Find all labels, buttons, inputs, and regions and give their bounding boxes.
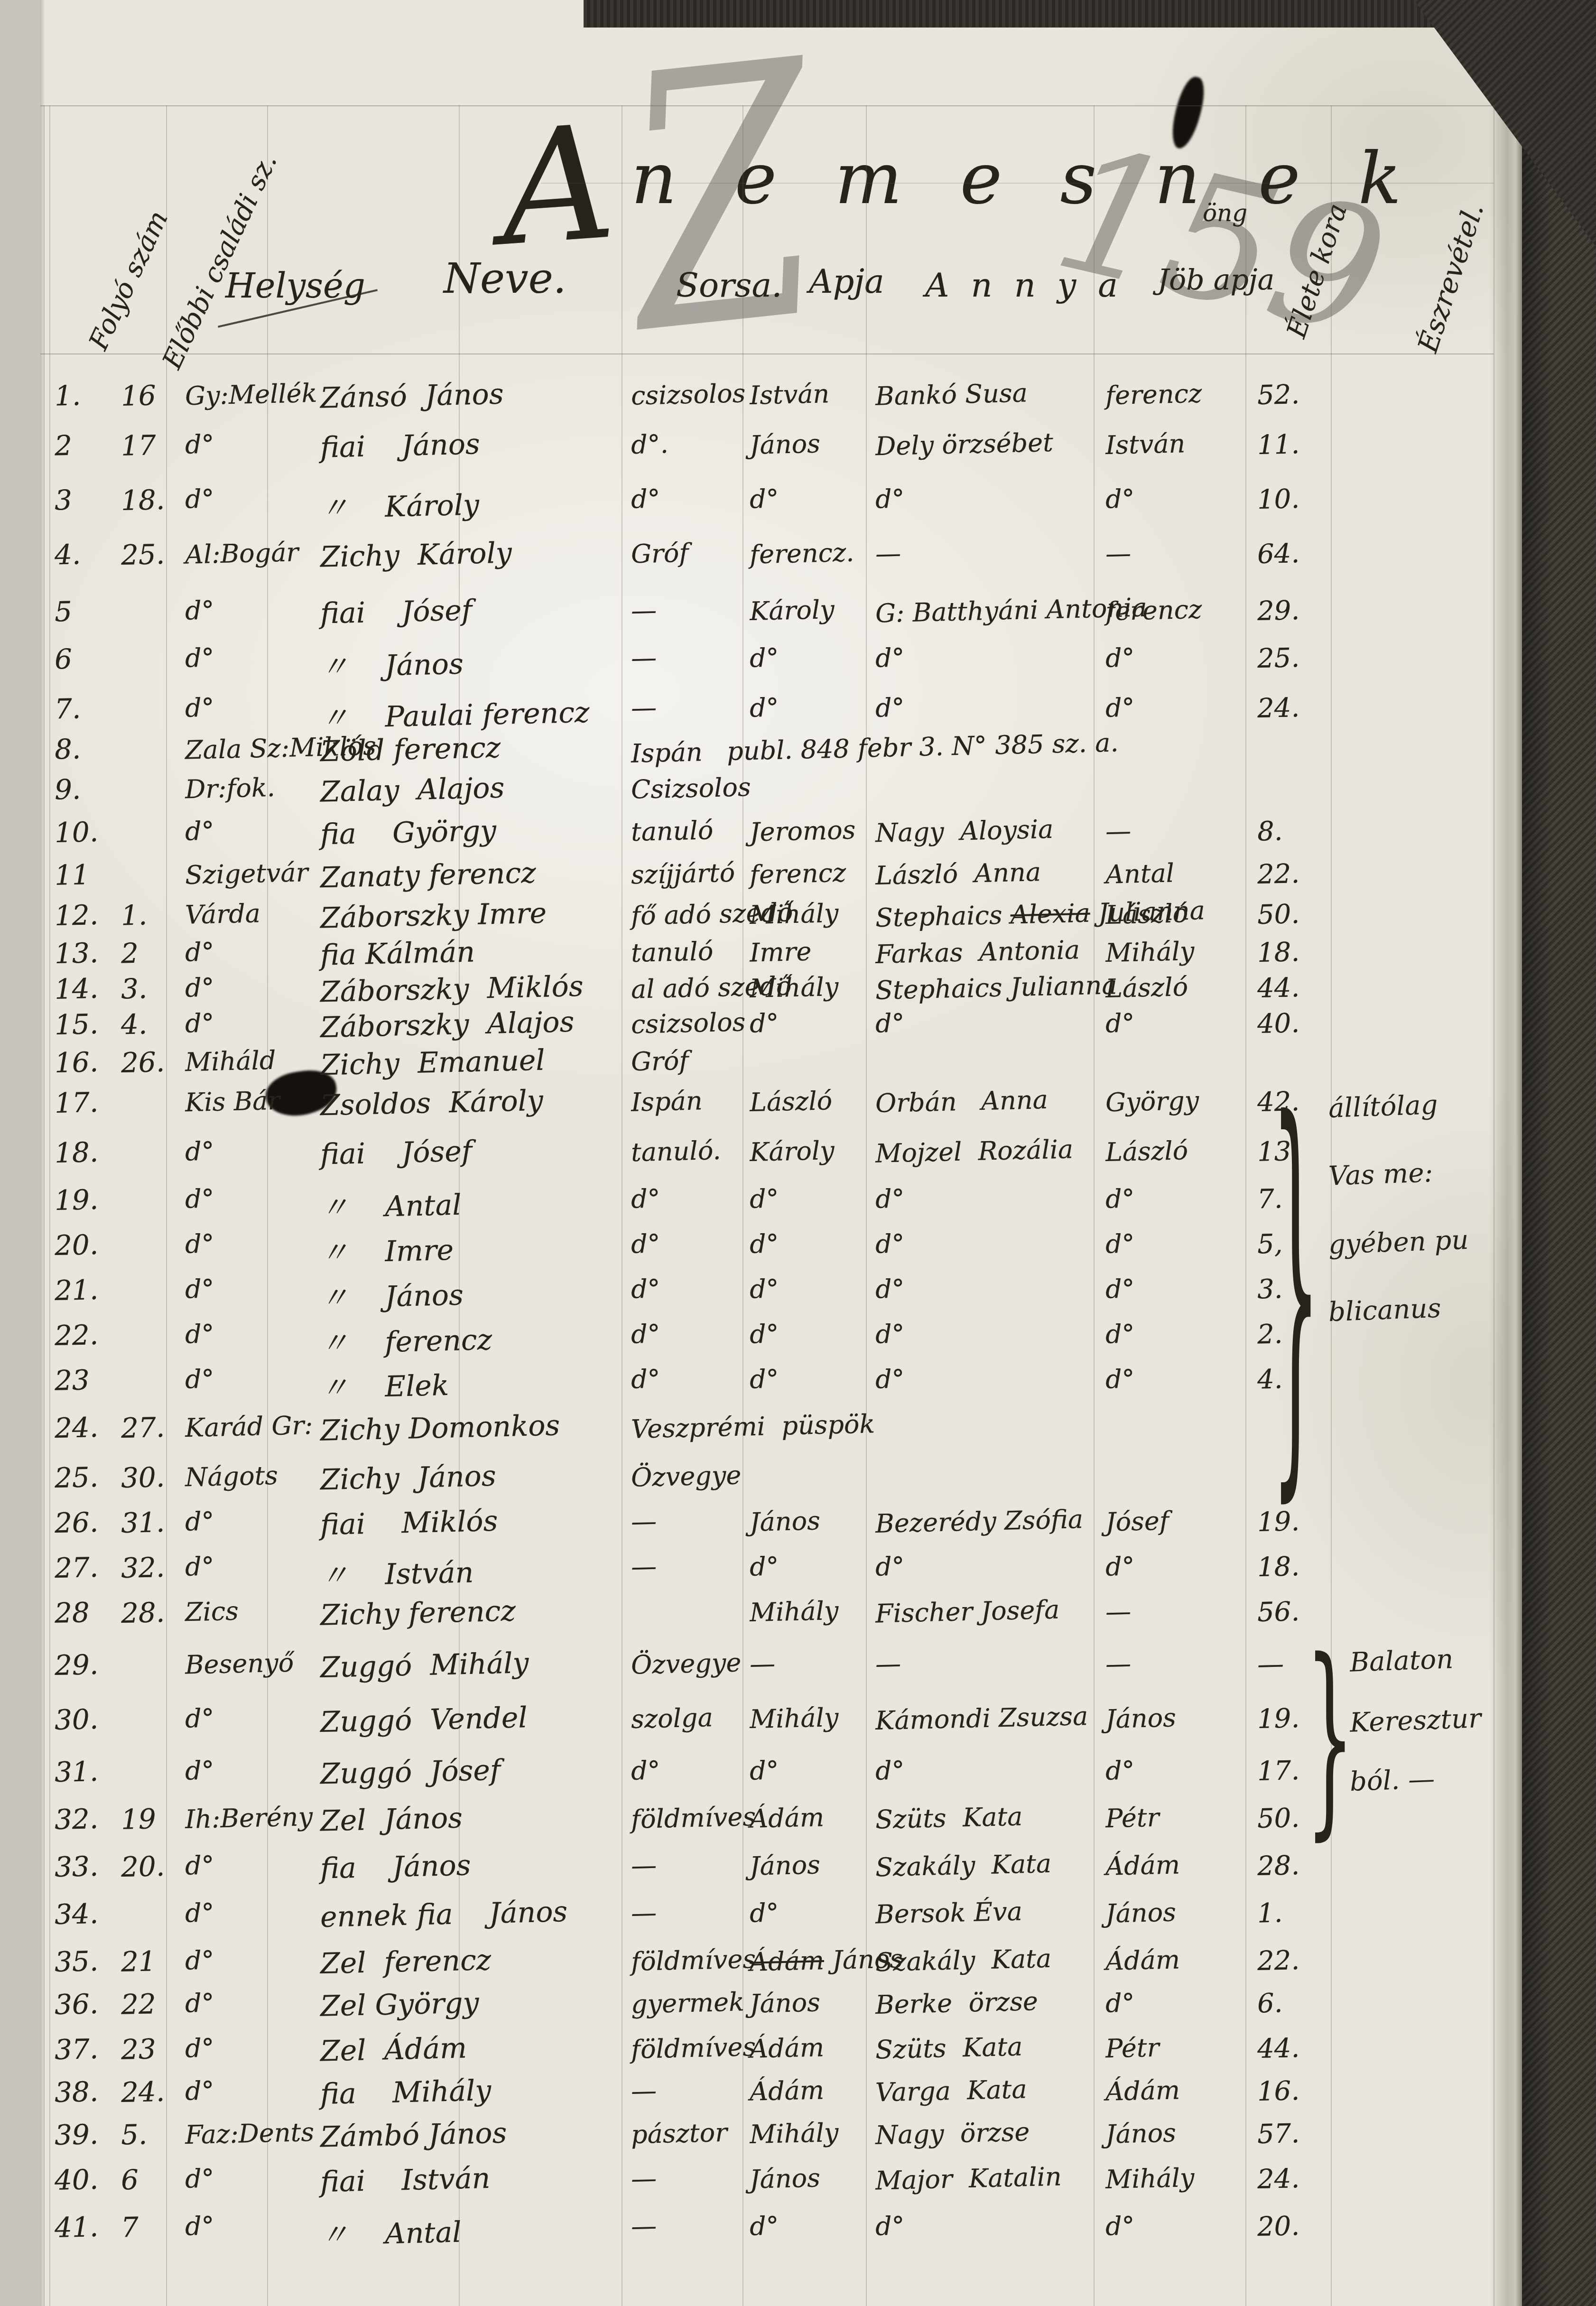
cell-oreg: Ádám [1105, 1944, 1180, 1976]
cell-no: 7. [54, 692, 81, 725]
cell-kora: 50. [1257, 1803, 1300, 1834]
cell-neve: 〃 ferencz [320, 1317, 492, 1362]
cell-no: 21. [54, 1274, 99, 1307]
rule-vertical [622, 105, 622, 2306]
cell-annya: d° [875, 1319, 905, 1349]
cell-neve: Záborszky Miklós [320, 970, 584, 1009]
cell-oreg: Mihály [1105, 2163, 1195, 2194]
cell-annya: Mojzel Rozália [875, 1134, 1073, 1168]
cell-helyseg: d° [185, 692, 214, 723]
cell-neve: 〃 István [320, 1550, 474, 1594]
cell-annya: Varga Kata [875, 2074, 1027, 2107]
cell-kora: — [1257, 1648, 1284, 1680]
rule-vertical [267, 105, 268, 2306]
cell-oreg: Pétr [1105, 1803, 1160, 1834]
cell-apja: Mihály [749, 2118, 839, 2149]
cell-apja: ferencz. [749, 538, 854, 570]
cell-no: 14. [54, 972, 99, 1005]
cell-helyseg: d° [185, 1274, 214, 1304]
cell-apja: Károly [749, 1135, 835, 1167]
book-binding-right [1522, 0, 1596, 2306]
cell-oreg: János [1105, 1702, 1176, 1734]
column-header-apja: Apja [809, 262, 884, 301]
cell-apja: Ádám [749, 2032, 824, 2064]
cell-sorsa: Gróf [631, 1046, 689, 1077]
cell-helyseg: Kis Bár [185, 1086, 280, 1118]
column-header-oreg-apja-top: öng [1203, 199, 1247, 227]
cell-annya: d° [875, 692, 905, 723]
cell-apja: Károly [749, 595, 835, 626]
cell-oreg: Jósef [1105, 1506, 1169, 1537]
scanned-register-page: { "document": { "archive_letter": "Z", "… [0, 0, 1596, 2306]
cell-sorsa: — [631, 2075, 657, 2106]
column-header-helyseg: Helység [225, 266, 365, 306]
cell-apja: Jeromos [749, 815, 856, 847]
cell-kora: 25. [1257, 642, 1300, 674]
cell-sorsa: — [631, 692, 657, 723]
cell-helyseg: Karád Gr: [185, 1410, 313, 1443]
remark-line: gyében pu [1328, 1225, 1469, 1260]
cell-annya: Major Katalin [875, 2162, 1062, 2196]
cell-kora: 17. [1257, 1755, 1300, 1787]
cell-prev: 6 [121, 2164, 139, 2196]
cell-helyseg: d° [185, 1364, 214, 1394]
cell-apja: d° [749, 1319, 779, 1349]
cell-annya: László Anna [875, 857, 1041, 891]
cell-neve: 〃 Elek [320, 1363, 449, 1406]
cell-annya: Szüts Kata [875, 2031, 1023, 2064]
cell-prev: 2 [121, 937, 139, 970]
cell-no: 11 [54, 858, 90, 892]
cell-oreg: — [1105, 538, 1131, 568]
cell-oreg: Mihály [1105, 936, 1195, 968]
cell-prev: 23 [121, 2033, 156, 2066]
cell-neve: Zichy János [320, 1460, 496, 1497]
cell-oreg: László [1105, 898, 1188, 930]
cell-no: 1. [54, 379, 81, 412]
cell-apja: d° [749, 484, 779, 514]
cell-sorsa: — [631, 642, 657, 673]
cell-apja: Mihály [749, 1596, 839, 1627]
cell-prev: 3. [121, 972, 148, 1005]
cell-helyseg: d° [185, 1755, 214, 1785]
cell-prev: 31. [121, 1506, 165, 1539]
cell-annya: Bersok Éva [875, 1896, 1022, 1929]
rule-horizontal [40, 353, 1494, 354]
cell-oreg: János [1105, 1897, 1176, 1928]
cell-kora: 57. [1257, 2118, 1300, 2150]
cell-sorsa: Veszprémi püspök [631, 1409, 875, 1444]
cell-no: 24. [54, 1411, 99, 1444]
cell-sorsa: Özvegye [631, 1460, 742, 1492]
cell-prev: 21 [121, 1945, 156, 1978]
cell-neve: fiai Jósef [320, 594, 472, 630]
cell-no: 15. [54, 1008, 99, 1041]
cell-neve: fiai Miklós [320, 1505, 498, 1542]
remark-brace: } [1271, 1075, 1320, 1505]
cell-helyseg: d° [185, 2033, 214, 2063]
cell-oreg: d° [1105, 1183, 1135, 1214]
cell-prev: 16 [121, 379, 156, 412]
cell-sorsa: földmíves [631, 2032, 756, 2064]
cell-no: 29. [54, 1648, 99, 1682]
cell-neve: 〃 János [320, 642, 464, 686]
cell-apja: d° [749, 1228, 779, 1259]
cell-neve: Zalay Alajos [320, 772, 505, 809]
cell-apja: Mihály [749, 898, 839, 930]
cell-prev: 5. [121, 2118, 148, 2151]
cell-sorsa: d° [631, 1228, 660, 1259]
cell-helyseg: d° [185, 1988, 214, 2018]
cell-oreg: György [1105, 1086, 1199, 1117]
cell-neve: 〃 Antal [320, 2210, 462, 2254]
cell-kora: 1. [1257, 1897, 1283, 1929]
cell-sorsa: csizsolos [631, 378, 746, 410]
cell-oreg: ferencz [1105, 595, 1202, 627]
rule-vertical [44, 105, 45, 2306]
remark-line: Balaton [1349, 1644, 1454, 1678]
cell-sorsa: d° [631, 1755, 660, 1785]
cell-sorsa: Gróf [631, 538, 689, 569]
cell-neve: Zel György [320, 1986, 479, 2023]
cell-neve: 〃 János [320, 1273, 464, 1317]
cell-kora: 29. [1257, 595, 1300, 627]
cell-neve: fiai János [320, 428, 480, 465]
cell-sorsa: tanuló [631, 936, 714, 968]
cell-no: 22. [54, 1319, 99, 1352]
cell-neve: Zuggó Mihály [320, 1646, 529, 1684]
cell-helyseg: Ih:Berény [185, 1802, 313, 1834]
cell-neve: Zámbó János [320, 2117, 507, 2154]
cell-apja: d° [749, 692, 779, 723]
cell-neve: fia János [320, 1849, 471, 1885]
cell-prev: 32. [121, 1551, 165, 1584]
cell-apja: Imre [749, 937, 812, 968]
cell-sorsa: — [631, 2163, 657, 2194]
cell-helyseg: d° [185, 816, 214, 846]
cell-no: 6 [54, 643, 72, 676]
cell-neve: Zichy ferencz [320, 1594, 516, 1632]
cell-annya: Dely örzsébet [875, 428, 1053, 461]
cell-annya: — [875, 1648, 901, 1679]
cell-no: 38. [54, 2075, 99, 2109]
cell-annya: d° [875, 484, 905, 514]
rule-horizontal [40, 105, 1494, 106]
cell-no: 30. [54, 1703, 99, 1736]
cell-neve: Zsoldos Károly [320, 1084, 543, 1123]
cell-sorsa: pásztor [631, 2118, 727, 2150]
cell-oreg: d° [1105, 1274, 1135, 1304]
cell-no: 2 [54, 429, 72, 462]
cell-annya: Nagy örzse [875, 2117, 1030, 2150]
cell-oreg: Ádám [1105, 2075, 1180, 2107]
cell-helyseg: d° [185, 642, 214, 673]
cell-kora: 22. [1257, 1945, 1300, 1977]
cell-no: 31. [54, 1755, 99, 1788]
cell-neve: Zel ferencz [320, 1943, 492, 1981]
cell-helyseg: d° [185, 972, 214, 1003]
cell-oreg: — [1105, 1648, 1131, 1679]
cell-helyseg: Al:Bogár [185, 537, 299, 569]
cell-helyseg: d° [185, 1183, 214, 1214]
cell-annya: d° [875, 2211, 905, 2241]
cell-oreg: d° [1105, 692, 1135, 723]
cell-no: 39. [54, 2118, 99, 2151]
cell-oreg: — [1105, 816, 1131, 846]
cell-neve: Zuggó Jósef [320, 1754, 501, 1791]
cell-apja: János [749, 428, 820, 460]
cell-kora: 16. [1257, 2075, 1300, 2107]
cell-sorsa: földmíves [631, 1944, 756, 1977]
cell-kora: 24. [1257, 692, 1300, 724]
cell-oreg: László [1105, 972, 1188, 1004]
cell-neve: fiai Jósef [320, 1134, 472, 1171]
cell-no: 3 [54, 484, 72, 517]
cell-apja: Ádám [749, 1802, 824, 1834]
cell-prev: 26. [121, 1046, 165, 1079]
cell-apja: Mihály [749, 972, 839, 1004]
cell-no: 32. [54, 1803, 99, 1836]
cell-annya: — [875, 538, 901, 568]
cell-neve: fiai István [320, 2162, 491, 2199]
cell-helyseg: d° [185, 1850, 214, 1880]
cell-oreg: d° [1105, 2211, 1135, 2241]
cell-no: 18. [54, 1136, 99, 1169]
cell-oreg: d° [1105, 1551, 1135, 1581]
cell-helyseg: d° [185, 2075, 214, 2106]
cell-no: 9. [54, 773, 81, 806]
cell-helyseg: d° [185, 1228, 214, 1259]
cell-neve: 〃 Imre [320, 1227, 454, 1271]
cell-no: 26. [54, 1506, 99, 1539]
cell-sorsa: d° [631, 1183, 660, 1214]
rule-vertical [166, 105, 167, 2306]
cell-annya: Szakály Kata [875, 1849, 1051, 1882]
cell-helyseg: d° [185, 1319, 214, 1349]
cell-annya: d° [875, 1228, 905, 1259]
cell-prev: 17 [121, 429, 156, 462]
cell-apja: János [749, 1506, 820, 1537]
cell-helyseg: Zics [185, 1596, 239, 1627]
cell-oreg: d° [1105, 1988, 1135, 2018]
cell-no: 28 [54, 1596, 90, 1629]
cell-annya: Stephaics Julianna [875, 970, 1117, 1005]
cell-apja: Ádám [749, 2075, 824, 2107]
cell-kora: 50. [1257, 899, 1300, 930]
cell-prev: 27. [121, 1411, 165, 1444]
cell-kora: 11. [1257, 429, 1300, 461]
cell-helyseg: d° [185, 1945, 214, 1975]
cell-sorsa: gyermek [631, 1987, 744, 2019]
cell-prev: 25. [121, 538, 165, 571]
cell-kora: 44. [1257, 972, 1300, 1004]
cell-oreg: ferencz [1105, 379, 1202, 411]
remark-line: Vas me: [1328, 1157, 1433, 1192]
cell-annya: Fischer Josefa [875, 1595, 1060, 1629]
cell-sorsa: Csizsolos [631, 772, 751, 805]
cell-helyseg: Besenyő [185, 1647, 294, 1680]
cell-kora: 64. [1257, 538, 1300, 570]
cell-helyseg: d° [185, 429, 214, 459]
cell-annya: Orbán Anna [875, 1085, 1048, 1118]
cell-helyseg: d° [185, 1703, 214, 1733]
remark-line: Keresztur [1349, 1703, 1482, 1739]
cell-oreg: László [1105, 1135, 1188, 1167]
cell-apja: d° [749, 1364, 779, 1394]
cell-sorsa: szíjjártó [631, 858, 735, 890]
cell-sorsa: — [631, 1506, 657, 1536]
cell-no: 40. [54, 2163, 99, 2196]
cell-apja: István [749, 379, 830, 410]
cell-neve: Záborszky Alajos [320, 1005, 575, 1044]
rule-vertical [49, 105, 50, 2306]
cell-no: 10. [54, 816, 99, 849]
column-header-neve: Neve. [444, 254, 566, 303]
cell-no: 37. [54, 2033, 99, 2066]
rule-vertical [1245, 105, 1246, 2306]
cell-annya: Szüts Kata [875, 1801, 1023, 1834]
cell-helyseg: d° [185, 937, 214, 967]
cell-apja: d° [749, 1274, 779, 1304]
cell-helyseg: Dr:fok. [185, 772, 275, 804]
cell-no: 16. [54, 1046, 99, 1079]
cell-helyseg: d° [185, 1551, 214, 1581]
cell-oreg: — [1105, 1596, 1131, 1627]
cell-no: 20. [54, 1228, 99, 1262]
cell-sorsa: — [631, 2211, 657, 2241]
cell-apja: d° [749, 1183, 779, 1214]
cell-helyseg: Nágots [185, 1460, 278, 1492]
cell-annya: Bezerédy Zsófia [875, 1504, 1083, 1539]
cell-annya: Kámondi Zsuzsa [875, 1701, 1088, 1736]
cell-prev: 18. [121, 484, 165, 517]
cell-kora: 18. [1257, 937, 1300, 968]
remark-brace: } [1306, 1635, 1354, 1843]
cell-neve: fia Mihály [320, 2074, 492, 2111]
cell-annya: Nagy Aloysia [875, 814, 1054, 848]
cell-helyseg: d° [185, 2211, 214, 2241]
cell-annya: Farkas Antonia [875, 935, 1080, 969]
cell-no: 36. [54, 1988, 99, 2021]
cell-helyseg: Gy:Mellék [185, 378, 317, 411]
cell-helyseg: d° [185, 2163, 214, 2194]
cell-kora: 28. [1257, 1850, 1300, 1882]
cell-annya: d° [875, 1364, 905, 1394]
remark-line: blicanus [1328, 1293, 1441, 1328]
rule-vertical [742, 105, 743, 2306]
cell-neve: Záborszky Imre [320, 897, 547, 935]
column-header-annya: Annya [925, 266, 1140, 305]
cell-neve: ennek fia János [320, 1895, 568, 1934]
cell-neve: 〃 Károly [320, 482, 480, 527]
cell-no: 17. [54, 1086, 99, 1119]
cell-no: 5 [54, 595, 72, 628]
cell-kora: 22. [1257, 858, 1300, 890]
cell-oreg: d° [1105, 1755, 1135, 1785]
cell-annya: d° [875, 1183, 905, 1214]
cell-oreg: d° [1105, 1008, 1135, 1038]
cell-oreg: János [1105, 2118, 1176, 2149]
cell-annya: d° [875, 1274, 905, 1304]
cell-helyseg: Szigetvár [185, 857, 308, 890]
cell-neve: Zichy Domonkos [320, 1409, 560, 1447]
cell-apja: d° [749, 1755, 779, 1785]
cell-prev: 24. [121, 2075, 165, 2109]
cell-oreg: István [1105, 428, 1186, 460]
cell-prev: 22 [121, 1988, 156, 2021]
cell-apja: János [749, 1987, 820, 2018]
cell-sorsa: — [631, 1850, 657, 1880]
cell-sorsa: d° [631, 1319, 660, 1349]
cell-annya: Berke örzse [875, 1986, 1038, 2020]
cell-helyseg: d° [185, 484, 214, 514]
cell-sorsa: tanuló [631, 815, 714, 847]
cell-annya: d° [875, 642, 905, 673]
cell-no: 25. [54, 1461, 99, 1494]
cell-prev: 30. [121, 1461, 165, 1494]
cell-sorsa: csizsolos [631, 1007, 746, 1039]
cell-sorsa: d° [631, 484, 660, 514]
cell-apja: d° [749, 2211, 779, 2241]
column-header-oreg-apja: Jöb apja [1158, 263, 1274, 297]
cell-apja: d° [749, 1897, 779, 1928]
cell-kora: 18. [1257, 1551, 1300, 1583]
cell-oreg: d° [1105, 1364, 1135, 1394]
cell-sorsa: — [631, 1551, 657, 1581]
cell-neve: Zanaty ferencz [320, 856, 536, 894]
cell-no: 13. [54, 937, 99, 970]
cell-prev: 20. [121, 1850, 165, 1883]
page-title-initial: A [494, 91, 620, 281]
cell-kora: 44. [1257, 2033, 1300, 2064]
cell-oreg: d° [1105, 642, 1135, 673]
cell-neve: Zánsó János [320, 378, 504, 415]
cell-no: 35. [54, 1945, 99, 1978]
cell-kora: 8. [1257, 816, 1283, 847]
rule-horizontal [541, 183, 1494, 184]
cell-kora: 10. [1257, 484, 1300, 515]
cell-annya: d° [875, 1755, 905, 1785]
cell-neve: 〃 Paulai ferencz [320, 690, 590, 737]
cell-annya: Bankó Susa [875, 378, 1028, 411]
remark-line: állítólag [1328, 1089, 1438, 1124]
cell-sorsa: d° [631, 1364, 660, 1394]
cell-no: 34. [54, 1897, 99, 1931]
cell-prev: 7 [121, 2211, 139, 2244]
cell-oreg: Antal [1105, 858, 1174, 889]
cell-helyseg: d° [185, 1897, 214, 1928]
cell-helyseg: d° [185, 595, 214, 625]
cell-annya: Szakály Kata [875, 1943, 1051, 1977]
cell-no: 8. [54, 733, 81, 765]
cell-sorsa: — [631, 595, 657, 625]
cell-helyseg: d° [185, 1136, 214, 1166]
remark-line: ból. — [1349, 1764, 1435, 1797]
cell-no: 23 [54, 1364, 90, 1397]
cell-oreg: Pétr [1105, 2033, 1160, 2064]
cell-helyseg: Miháld [185, 1045, 276, 1077]
cell-neve: fia Kálmán [320, 935, 475, 972]
rule-vertical [866, 105, 867, 2306]
cell-kora: 24. [1257, 2163, 1300, 2195]
cell-helyseg: Faz:Dents [185, 2117, 314, 2150]
cell-neve: 〃 Antal [320, 1182, 462, 1227]
cell-neve: Zel János [320, 1802, 463, 1838]
cell-apja: János [749, 1850, 820, 1881]
cell-kora: 6. [1257, 1988, 1283, 2019]
cell-prev: 4. [121, 1008, 148, 1041]
page-right-edge [1490, 0, 1522, 2306]
